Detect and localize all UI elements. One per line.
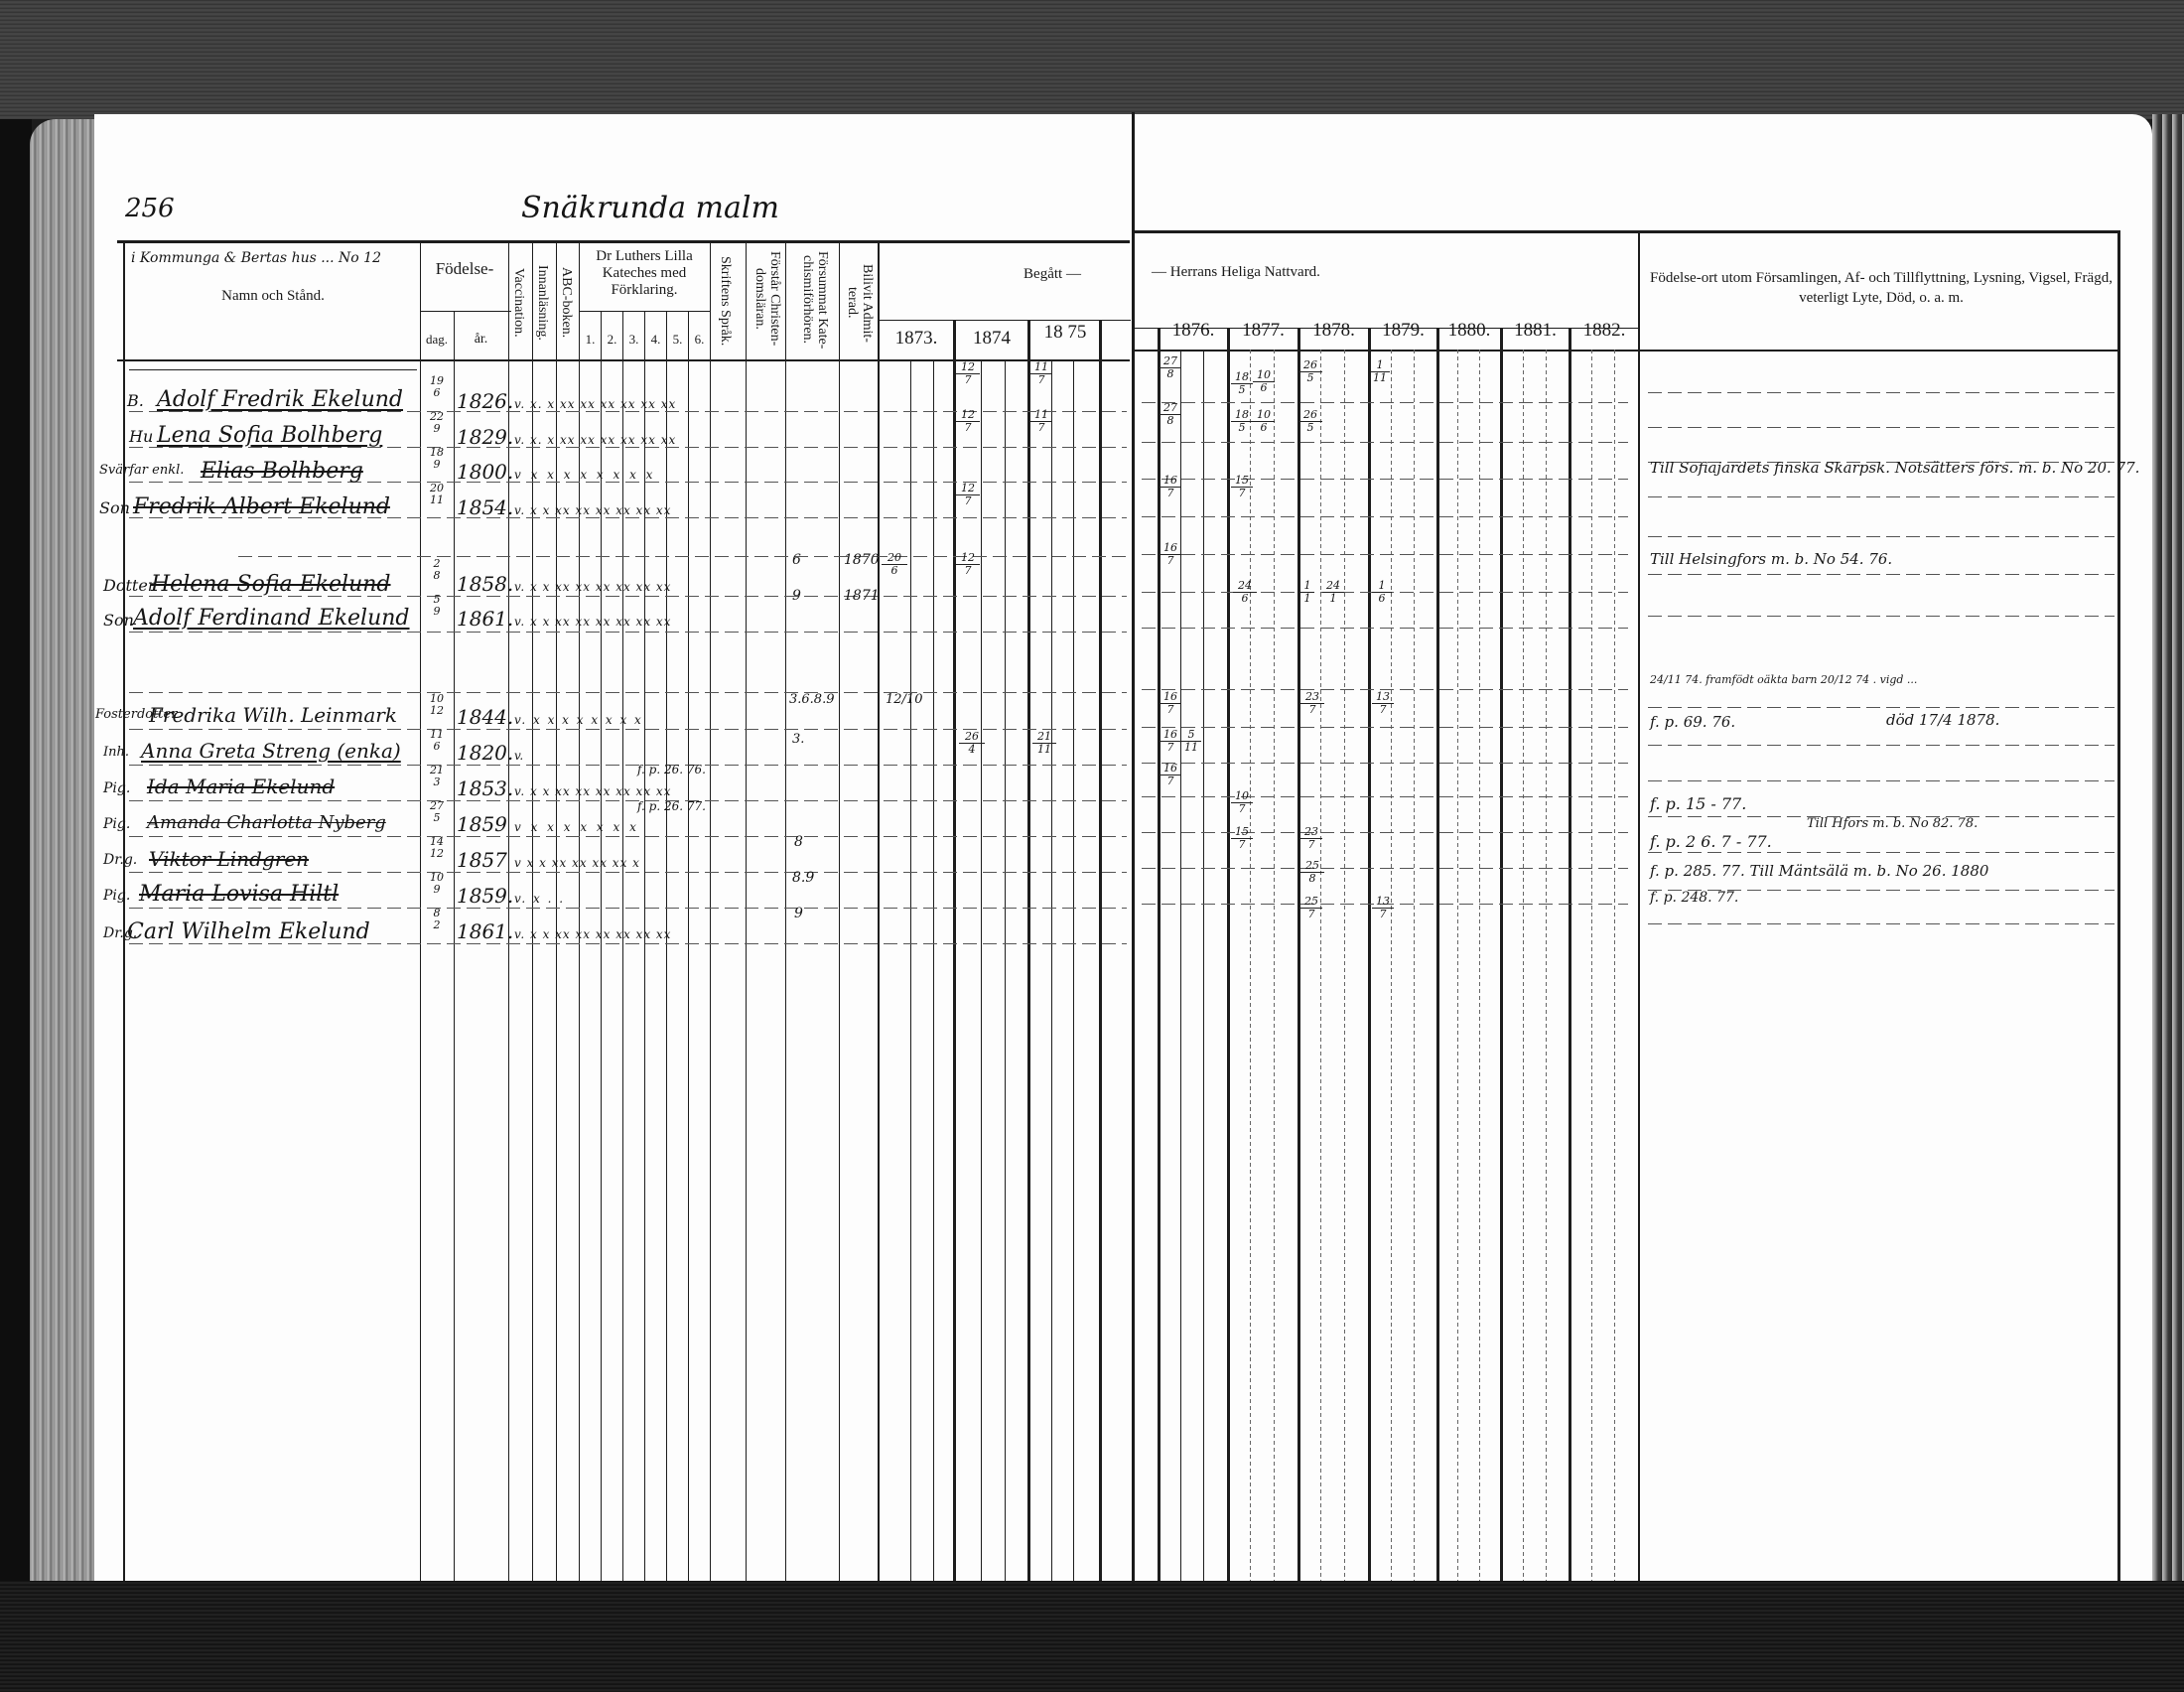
years-left-rule bbox=[878, 320, 1131, 321]
r12-1878: 258 bbox=[1300, 860, 1324, 885]
col-rule-right-edge bbox=[2117, 230, 2120, 1581]
r10-1877: 107 bbox=[1231, 790, 1253, 815]
col-rule-1877-a bbox=[1250, 350, 1251, 1581]
row-12-dag: 109 bbox=[422, 872, 452, 896]
row-rule-right bbox=[1142, 442, 1628, 443]
r9-1876: 167 bbox=[1160, 763, 1181, 787]
col-rule-1878-b bbox=[1344, 350, 1345, 1581]
r2-1876: 278 bbox=[1160, 402, 1181, 427]
year-header-1874: 1874 bbox=[956, 328, 1027, 350]
r6-1877: 246 bbox=[1233, 580, 1257, 605]
r7-1878: 237 bbox=[1300, 691, 1324, 716]
col-rule-1874-b bbox=[1005, 359, 1006, 1581]
col-rule-bilivit bbox=[839, 240, 840, 1581]
r5-1874: 127 bbox=[956, 552, 980, 577]
row-10-year: 1859 bbox=[457, 812, 507, 836]
col-rule-cat3 bbox=[622, 311, 623, 1581]
r1-1875: 117 bbox=[1030, 361, 1052, 386]
r8-1876a: 167 bbox=[1160, 729, 1181, 754]
row-rule-right bbox=[1142, 402, 1628, 403]
bilivit-header: Bilivit Admit-terad. bbox=[845, 248, 875, 357]
row-5-role: Dotter bbox=[103, 576, 155, 595]
remark-row-7: 24/11 74. framfödt oäkta barn 20/12 74 .… bbox=[1650, 673, 1917, 686]
row-12-year: 1859. bbox=[457, 884, 513, 908]
row-9-marks: v. x x xx xx xx xx xx xx bbox=[514, 784, 671, 798]
row-3-name: Elias Bolhberg bbox=[201, 459, 363, 484]
remark-row-11: f. p. 285. 77. Till Mäntsälä m. b. No 26… bbox=[1650, 862, 1988, 880]
col-rule-1875 bbox=[1027, 320, 1030, 1581]
col-rule-name-left bbox=[123, 240, 125, 1581]
row-rule-right bbox=[1142, 763, 1628, 764]
row-5-marks: v. x x xx xx xx xx xx xx bbox=[514, 580, 671, 594]
row-10-marks: v x x x x x x x bbox=[514, 820, 639, 834]
nattvard-header: — Herrans Heliga Nattvard. bbox=[1142, 264, 1449, 281]
remark-row-12: f. p. 248. 77. bbox=[1650, 890, 1738, 906]
book-page-edges-right bbox=[2152, 114, 2184, 1584]
row-10-forsummat: 8 bbox=[794, 834, 803, 850]
year-header-1881: 1881. bbox=[1502, 320, 1569, 342]
dag-header: dag. bbox=[420, 331, 454, 348]
col-rule-1873-b bbox=[933, 359, 934, 1581]
row-6-marks: v. x x xx xx xx xx xx xx bbox=[514, 615, 671, 629]
col-rule-1879-a bbox=[1391, 350, 1392, 1581]
row-10-role: Pig. bbox=[103, 816, 130, 832]
r8-1876b: 511 bbox=[1181, 729, 1201, 754]
ar-header: år. bbox=[454, 331, 508, 348]
col-rule-remarks bbox=[1638, 230, 1640, 1581]
remarks-header: Födelse-ort utom Församlingen, Af- och T… bbox=[1648, 268, 2115, 308]
row-10-dag: 275 bbox=[422, 800, 452, 824]
row-5-name: Helena Sofia Ekelund bbox=[151, 572, 391, 597]
remarks-rule bbox=[1648, 574, 2115, 575]
row-1-year: 1826. bbox=[457, 389, 513, 413]
r2-1874: 127 bbox=[956, 409, 980, 434]
r2-1877a: 185 bbox=[1231, 409, 1253, 434]
year-header-1876: 1876. bbox=[1160, 320, 1227, 342]
row-11-forsummat: 8.9 bbox=[792, 870, 814, 886]
row-rule-right bbox=[1142, 628, 1628, 629]
row-1-name: Adolf Fredrik Ekelund bbox=[157, 387, 403, 412]
year-header-1878: 1878. bbox=[1299, 320, 1368, 342]
row-1-marks: v. x. x xx xx xx xx xx xx bbox=[514, 397, 676, 411]
r1-1878: 265 bbox=[1298, 359, 1322, 384]
row-6-admit: 1871 bbox=[844, 588, 880, 604]
remarks-rule bbox=[1648, 427, 2115, 428]
col-rule-1874-a bbox=[981, 359, 982, 1581]
row-2-marks: v. x. x xx xx xx xx xx xx bbox=[514, 433, 676, 447]
row-3-role: Svärfar enkl. bbox=[99, 463, 184, 478]
page-gutter bbox=[1132, 112, 1135, 1584]
row-rule bbox=[129, 908, 1127, 909]
row-1-dag: 196 bbox=[422, 375, 452, 399]
row-7-name: Fredrika Wilh. Leinmark bbox=[149, 703, 397, 727]
row-4-dag: 2011 bbox=[422, 483, 452, 506]
row-8-forsummat: 3. bbox=[792, 732, 804, 747]
r1-1874: 127 bbox=[956, 361, 980, 386]
cat-header-5: 5. bbox=[667, 331, 688, 348]
begatt-header: Begått — bbox=[983, 266, 1122, 283]
row-3-marks: v x x x x x x x x bbox=[514, 468, 655, 482]
row-6-forsummat: 9 bbox=[792, 588, 801, 604]
row-1-role: B. bbox=[127, 391, 144, 410]
row-rule-right bbox=[1142, 554, 1628, 555]
book-page-edges-left bbox=[30, 119, 95, 1584]
remarks-rule bbox=[1648, 707, 2115, 708]
year-header-1879: 1879. bbox=[1370, 320, 1436, 342]
forstar-header: Förstår Christen-domsläran. bbox=[751, 244, 782, 353]
innanlasning-header: Innanläsning. bbox=[535, 250, 550, 354]
page-number: 256 bbox=[125, 194, 175, 223]
r5-1876: 167 bbox=[1160, 542, 1181, 567]
col-rule-forstar bbox=[746, 240, 747, 1581]
row-top-rule bbox=[129, 369, 417, 370]
row-3-year: 1800. bbox=[457, 460, 513, 484]
r1-1876: 278 bbox=[1160, 355, 1181, 380]
row-13-name: Carl Wilhelm Ekelund bbox=[127, 919, 370, 944]
scan-background-bottom bbox=[0, 1581, 2184, 1692]
r13-1879: 137 bbox=[1372, 896, 1394, 920]
row-9-year: 1853. bbox=[457, 776, 513, 800]
scan-background-top bbox=[0, 0, 2184, 119]
row-11-name: Viktor Lindgren bbox=[149, 847, 309, 871]
year-header-1882: 1882. bbox=[1570, 320, 1638, 342]
page-heading: Snäkrunda malm bbox=[521, 191, 779, 225]
row-10-note: f. p. 26. 77. bbox=[637, 799, 706, 813]
col-rule-cat4 bbox=[644, 311, 645, 1581]
row-8-name: Anna Greta Streng (enka) bbox=[141, 739, 401, 763]
cat-header-3: 3. bbox=[623, 331, 644, 348]
col-rule-cat2 bbox=[601, 311, 602, 1581]
forsummat-header: Försummat Kate-chismiförhören. bbox=[794, 244, 830, 355]
r5-1873: 206 bbox=[882, 552, 907, 577]
cat-header-1: 1. bbox=[580, 331, 601, 348]
col-rule-1878-a bbox=[1320, 350, 1321, 1581]
remarks-rule bbox=[1648, 616, 2115, 617]
ledger-paper bbox=[94, 114, 2152, 1582]
row-8-dag: 116 bbox=[422, 729, 452, 753]
row-4-name: Fredrik Albert Ekelund bbox=[133, 494, 390, 519]
name-header-note: i Kommunga & Bertas hus ... No 12 bbox=[131, 250, 381, 266]
luther-header: Dr Luthers Lilla Kateches med Förklaring… bbox=[582, 248, 707, 299]
row-7-admit: 12/10 bbox=[886, 692, 922, 707]
col-rule-1873-a bbox=[910, 359, 911, 1581]
row-12-role: Pig. bbox=[103, 888, 130, 904]
row-10-name: Amanda Charlotta Nyberg bbox=[147, 812, 386, 833]
row-2-dag: 229 bbox=[422, 411, 452, 435]
row-9-note: f. p. 26. 76. bbox=[637, 763, 706, 776]
cat-header-6: 6. bbox=[689, 331, 710, 348]
table-top-rule-left bbox=[117, 240, 1130, 243]
remarks-rule bbox=[1648, 923, 2115, 924]
row-2-name: Lena Sofia Bolhberg bbox=[157, 423, 382, 448]
r1-1879: 111 bbox=[1370, 359, 1390, 384]
col-rule-1876-b bbox=[1203, 350, 1204, 1581]
r2-1878: 265 bbox=[1298, 409, 1322, 434]
abc-header: ABC-boken. bbox=[559, 250, 574, 354]
row-12-name: Maria Lovisa Hiltl bbox=[139, 882, 339, 907]
col-rule-forsummat bbox=[785, 240, 786, 1581]
col-rule-1879-b bbox=[1414, 350, 1415, 1581]
year-header-1875: 18 75 bbox=[1030, 322, 1100, 344]
remarks-rule bbox=[1648, 536, 2115, 537]
r2-1875: 117 bbox=[1030, 409, 1052, 434]
r6-1878a: 11 bbox=[1300, 580, 1314, 605]
row-5-forsummat: 6 bbox=[792, 552, 801, 568]
row-8-year: 1820. bbox=[457, 741, 513, 765]
row-8-role: Inh. bbox=[103, 745, 129, 760]
row-6-dag: 59 bbox=[422, 594, 452, 618]
r7-1879: 137 bbox=[1372, 691, 1394, 716]
row-rule-right bbox=[1142, 868, 1628, 869]
remark-row-5: Till Helsingfors m. b. No 54. 76. bbox=[1650, 550, 1892, 568]
row-7-year: 1844. bbox=[457, 705, 513, 729]
row-rule-right bbox=[1142, 796, 1628, 797]
r13-1878: 257 bbox=[1300, 896, 1322, 920]
fodelse-header: Födelse- bbox=[420, 260, 509, 277]
row-6-name: Adolf Ferdinand Ekelund bbox=[133, 606, 410, 631]
remark-row-3: Till Sofiajardets finska Skarpsk. Notsät… bbox=[1650, 459, 2139, 477]
r6-1879: 16 bbox=[1372, 580, 1392, 605]
row-rule-right bbox=[1142, 479, 1628, 480]
header-bottom-rule-right bbox=[1135, 350, 2119, 352]
col-rule-1873 bbox=[878, 240, 880, 1581]
row-11-marks: v x x xx xx xx xx x bbox=[514, 856, 640, 870]
col-rule-1876-a bbox=[1180, 350, 1181, 1581]
row-2-year: 1829. bbox=[457, 425, 513, 449]
row-rule bbox=[129, 632, 1127, 633]
row-5-dag: 28 bbox=[422, 558, 452, 582]
col-rule-1874 bbox=[953, 320, 956, 1581]
col-rule-1880-b bbox=[1479, 350, 1480, 1581]
row-5-year: 1858. bbox=[457, 572, 513, 596]
r1-1877a: 185 bbox=[1231, 371, 1253, 396]
remark-row-10a: Till Hfors m. b. No 82. 78. bbox=[1807, 816, 1978, 831]
row-5-admit: 1870 bbox=[844, 552, 880, 568]
col-rule-1877-b bbox=[1274, 350, 1275, 1581]
remarks-rule bbox=[1648, 780, 2115, 781]
col-rule-1881-a bbox=[1523, 350, 1524, 1581]
fodelse-sub-rule bbox=[420, 311, 511, 312]
row-4-role: Son bbox=[99, 498, 130, 517]
col-rule-1875-a bbox=[1051, 359, 1052, 1581]
name-header: Namn och Stånd. bbox=[129, 288, 417, 305]
col-rule-1881-b bbox=[1546, 350, 1547, 1581]
row-6-year: 1861. bbox=[457, 607, 513, 631]
r8-1874: 264 bbox=[959, 731, 985, 756]
row-4-year: 1854. bbox=[457, 495, 513, 519]
row-rule bbox=[129, 692, 1127, 693]
row-7-marks: v. x x x x x x x x bbox=[514, 713, 643, 727]
r1-1877b: 106 bbox=[1253, 369, 1275, 394]
row-rule bbox=[129, 872, 1127, 873]
row-13-dag: 82 bbox=[422, 908, 452, 931]
remarks-rule bbox=[1648, 392, 2115, 393]
row-rule bbox=[129, 765, 1127, 766]
r4-1876: 167 bbox=[1160, 475, 1181, 499]
r6-1878b: 241 bbox=[1322, 580, 1344, 605]
row-7-dag: 1012 bbox=[422, 693, 452, 717]
remarks-rule bbox=[1648, 852, 2115, 853]
row-rule-right bbox=[1142, 727, 1628, 728]
col-rule-cat6 bbox=[688, 311, 689, 1581]
cat-header-4: 4. bbox=[645, 331, 666, 348]
r11-1878: 237 bbox=[1300, 826, 1322, 851]
row-9-name: Ida Maria Ekelund bbox=[147, 775, 335, 798]
row-11-dag: 1412 bbox=[422, 836, 452, 860]
col-rule-cat5 bbox=[666, 311, 667, 1581]
row-13-marks: v. x x xx xx xx xx xx xx bbox=[514, 927, 671, 941]
col-rule-skrift bbox=[710, 240, 711, 1581]
skriftens-header: Skriftens Språk. bbox=[718, 246, 733, 355]
col-rule-blank bbox=[1099, 320, 1102, 1581]
row-3-dag: 189 bbox=[422, 447, 452, 471]
vaccination-header: Vaccination. bbox=[511, 250, 526, 354]
row-rule bbox=[129, 836, 1127, 837]
r8-1875: 2111 bbox=[1032, 731, 1056, 756]
row-8-marks: v. bbox=[514, 749, 523, 763]
table-top-rule-right bbox=[1135, 230, 2119, 233]
r11-1877: 157 bbox=[1231, 826, 1253, 851]
remark-row-9: f. p. 15 - 77. bbox=[1650, 794, 1746, 813]
col-rule-dag bbox=[420, 240, 421, 1581]
scan-background-left bbox=[0, 119, 32, 1589]
remarks-rule bbox=[1648, 745, 2115, 746]
col-rule-1882-a bbox=[1591, 350, 1592, 1581]
col-rule-1882-b bbox=[1614, 350, 1615, 1581]
col-rule-1875-b bbox=[1073, 359, 1074, 1581]
col-rule-1880-a bbox=[1457, 350, 1458, 1581]
r7-1876: 167 bbox=[1160, 691, 1181, 716]
row-11-year: 1857 bbox=[457, 848, 507, 872]
row-rule bbox=[129, 800, 1127, 801]
row-12-forsummat: 9 bbox=[794, 906, 803, 921]
row-rule-right bbox=[1142, 832, 1628, 833]
row-6-role: Son bbox=[103, 611, 134, 630]
remark-row-8a: f. p. 69. 76. bbox=[1650, 713, 1735, 731]
row-13-year: 1861. bbox=[457, 919, 513, 943]
row-4-marks: v. x x xx xx xx xx xx xx bbox=[514, 503, 671, 517]
year-header-1880: 1880. bbox=[1438, 320, 1500, 342]
year-header-1873: 1873. bbox=[880, 328, 953, 350]
row-2-role: Hu bbox=[129, 427, 153, 446]
r4-1877: 157 bbox=[1231, 475, 1253, 499]
row-12-marks: v. x . . bbox=[514, 892, 565, 906]
r2-1877b: 106 bbox=[1253, 409, 1275, 434]
r4-1874: 127 bbox=[956, 483, 980, 507]
remarks-rule bbox=[1648, 496, 2115, 497]
row-rule-right bbox=[1142, 516, 1628, 517]
remark-row-10b: f. p. 2 6. 7 - 77. bbox=[1650, 832, 1772, 851]
cat-header-2: 2. bbox=[602, 331, 622, 348]
remark-row-8b: död 17/4 1878. bbox=[1886, 711, 1999, 729]
row-9-role: Pig. bbox=[103, 780, 130, 796]
row-9-dag: 213 bbox=[422, 765, 452, 788]
col-rule-ar bbox=[454, 311, 455, 1581]
row-11-role: Dr.g. bbox=[103, 852, 137, 868]
year-header-1877: 1877. bbox=[1229, 320, 1297, 342]
row-rule bbox=[238, 556, 1127, 557]
row-7-forsummat: 3.6.8.9 bbox=[789, 692, 834, 707]
